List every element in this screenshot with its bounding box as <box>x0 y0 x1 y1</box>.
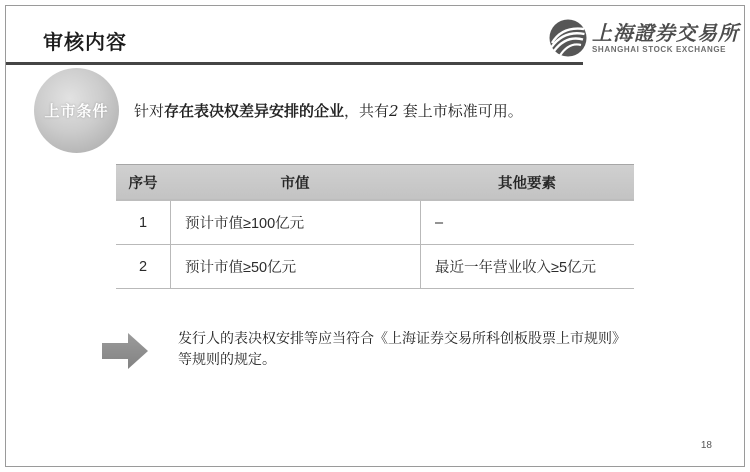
cell-row2-other: 最近一年营业收入≥5亿元 <box>420 245 634 288</box>
sse-logo: 上海證券交易所 SHANGHAI STOCK EXCHANGE <box>548 18 739 58</box>
cell-row1-no: 1 <box>116 215 170 231</box>
listing-conditions-badge: 上市条件 <box>34 68 119 153</box>
intro-number: 2 <box>389 102 399 120</box>
table-row: 2 预计市值≥50亿元 最近一年营业收入≥5亿元 <box>116 245 634 289</box>
table-header-row: 序号 市值 其他要素 <box>116 164 634 201</box>
table-header-no: 序号 <box>116 172 170 193</box>
sse-logo-name-en: SHANGHAI STOCK EXCHANGE <box>592 45 726 55</box>
slide: 审核内容 上海證券交易所 SHANGHAI STOCK EXCHANGE 上市条… <box>5 5 745 467</box>
badge-label: 上市条件 <box>44 100 108 121</box>
page-title: 审核内容 <box>43 26 127 55</box>
intro-suffix: 套上市标准可用。 <box>399 103 523 120</box>
table-header-other: 其他要素 <box>420 172 634 193</box>
note-line1: 发行人的表决权安排等应当符合《上海证券交易所科创板股票上市规则》 <box>178 328 698 349</box>
cell-row1-other: – <box>420 201 634 244</box>
intro-bold-phrase: 存在表决权差异安排的企业 <box>164 103 344 120</box>
page-number: 18 <box>701 440 712 451</box>
right-arrow-icon <box>101 332 149 375</box>
title-underline <box>6 62 583 65</box>
cell-row2-no: 2 <box>116 259 170 275</box>
sse-logo-name-cn: 上海證券交易所 <box>592 21 739 45</box>
intro-mid: ，共有 <box>344 103 389 120</box>
note-text: 发行人的表决权安排等应当符合《上海证券交易所科创板股票上市规则》 等规则的规定。 <box>178 328 698 370</box>
note-line2: 等规则的规定。 <box>178 349 698 370</box>
intro-prefix: 针对 <box>134 103 164 120</box>
intro-sentence: 针对存在表决权差异安排的企业，共有2 套上市标准可用。 <box>134 101 694 122</box>
cell-row2-marketcap: 预计市值≥50亿元 <box>170 245 420 288</box>
sse-logo-text: 上海證券交易所 SHANGHAI STOCK EXCHANGE <box>592 21 739 55</box>
table-header-marketcap: 市值 <box>170 172 420 193</box>
listing-standards-table: 序号 市值 其他要素 1 预计市值≥100亿元 – 2 预计市值≥50亿元 最近… <box>116 164 634 289</box>
table-row: 1 预计市值≥100亿元 – <box>116 201 634 245</box>
cell-row1-marketcap: 预计市值≥100亿元 <box>170 201 420 244</box>
sse-logo-icon <box>548 18 588 58</box>
